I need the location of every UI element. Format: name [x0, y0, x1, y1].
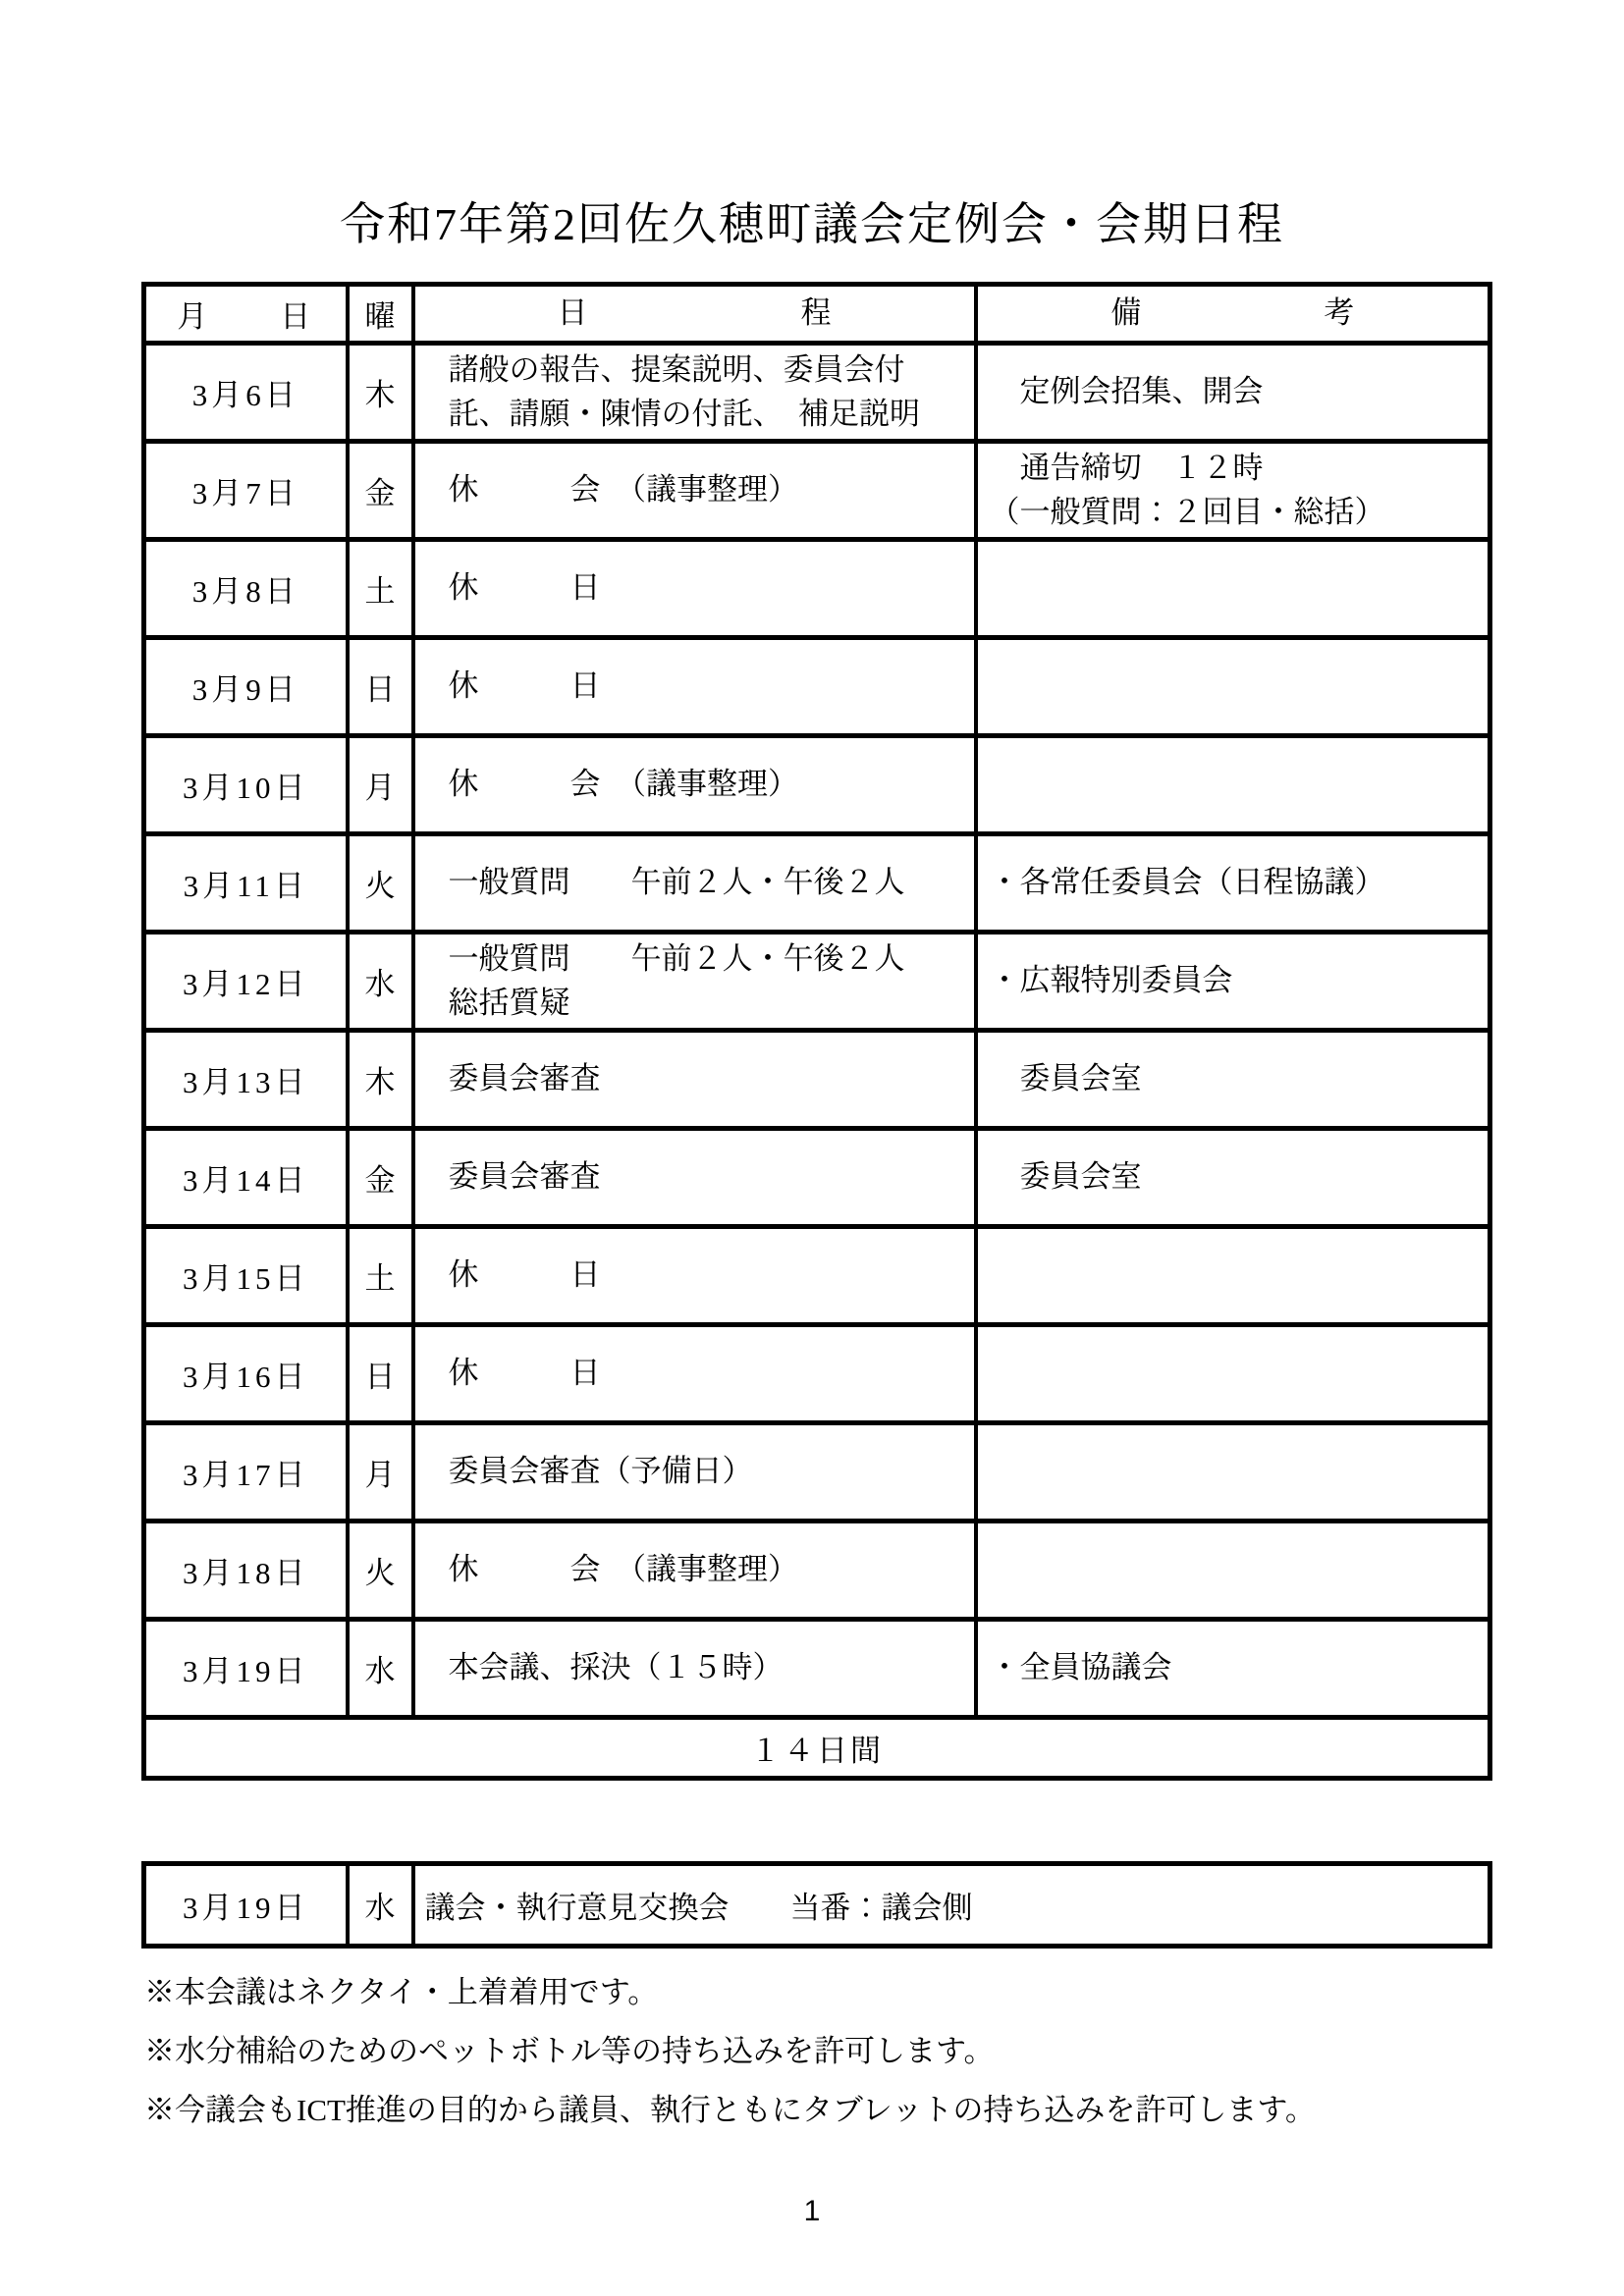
day-of-week-cell-line: 土	[350, 566, 411, 611]
date-cell: 3月17日	[144, 1423, 348, 1522]
remarks-cell: 委員会室	[976, 1129, 1490, 1227]
agenda-cell-line: 委員会審査	[449, 1057, 974, 1101]
date-cell-line: 3月18日	[146, 1548, 346, 1592]
date-cell-line: 3月12日	[146, 959, 346, 1003]
date-cell-line: 3月19日	[146, 1646, 346, 1690]
agenda-cell-line: 休 会 （議事整理）	[449, 468, 974, 512]
schedule-row: 3月12日水一般質問 午前２人・午後２人総括質疑・広報特別委員会	[144, 933, 1490, 1031]
remarks-cell-line: 通告締切 １２時	[990, 447, 1489, 491]
remarks-cell-line: ・全員協議会	[990, 1646, 1489, 1690]
remarks-cell: 定例会招集、開会	[976, 344, 1490, 442]
remarks-cell-line: 委員会室	[990, 1057, 1489, 1101]
schedule-row: 3月8日土休 日	[144, 540, 1490, 638]
date-cell: 3月11日	[144, 834, 348, 933]
date-cell-line: 3月16日	[146, 1352, 346, 1396]
agenda-cell-line: 休 日	[449, 1254, 974, 1298]
agenda-cell-line: 委員会審査	[449, 1155, 974, 1200]
day-of-week-cell: 月	[348, 1423, 413, 1522]
agenda-cell-line: 休 日	[449, 566, 974, 611]
remarks-cell	[976, 1227, 1490, 1325]
remarks-cell-line: ・各常任委員会（日程協議）	[990, 861, 1489, 905]
exchange-content-cell: 議会・執行意見交換会 当番：議会側	[413, 1864, 1490, 1947]
agenda-cell: 委員会審査	[413, 1031, 976, 1129]
header-day-column: 曜	[348, 285, 413, 344]
date-cell: 3月14日	[144, 1129, 348, 1227]
agenda-cell-line: 休 会 （議事整理）	[449, 763, 974, 807]
remarks-cell	[976, 736, 1490, 834]
remarks-cell: ・広報特別委員会	[976, 933, 1490, 1031]
agenda-cell: 休 日	[413, 540, 976, 638]
agenda-cell-line: 本会議、採決（１５時）	[449, 1646, 974, 1690]
agenda-cell: 本会議、採決（１５時）	[413, 1620, 976, 1718]
schedule-row: 3月18日火休 会 （議事整理）	[144, 1522, 1490, 1620]
date-cell: 3月6日	[144, 344, 348, 442]
day-of-week-cell-line: 水	[350, 1646, 411, 1690]
day-of-week-cell: 火	[348, 834, 413, 933]
date-cell: 3月16日	[144, 1325, 348, 1423]
date-cell-line: 3月8日	[146, 566, 346, 611]
date-cell: 3月12日	[144, 933, 348, 1031]
schedule-row: 3月19日水本会議、採決（１５時）・全員協議会	[144, 1620, 1490, 1718]
day-of-week-cell-line: 金	[350, 1155, 411, 1200]
header-remarks-column: 備 考	[976, 285, 1490, 344]
exchange-meeting-row: 3月19日 水 議会・執行意見交換会 当番：議会側	[144, 1864, 1490, 1947]
agenda-cell: 委員会審査	[413, 1129, 976, 1227]
day-of-week-cell-line: 水	[350, 959, 411, 1003]
date-cell: 3月7日	[144, 442, 348, 540]
remarks-cell-line: 委員会室	[990, 1155, 1489, 1200]
schedule-row: 3月6日木諸般の報告、提案説明、委員会付託、請願・陳情の付託、 補足説明 定例会…	[144, 344, 1490, 442]
remarks-cell-line: ・広報特別委員会	[990, 959, 1489, 1003]
agenda-cell-line: 休 会 （議事整理）	[449, 1548, 974, 1592]
remarks-cell	[976, 1423, 1490, 1522]
date-cell-line: 3月11日	[146, 861, 346, 905]
footnotes: ※本会議はネクタイ・上着着用です。※水分補給のためのペットボトル等の持ち込みを許…	[144, 1963, 1316, 2140]
remarks-cell	[976, 1522, 1490, 1620]
day-of-week-cell: 木	[348, 344, 413, 442]
date-cell-line: 3月17日	[146, 1450, 346, 1494]
session-schedule-table: 月 日 曜 日 程 備 考 3月6日木諸般の報告、提案説明、委員会付託、請願・陳…	[141, 282, 1492, 1781]
total-days-cell-line: １４日間	[146, 1726, 1488, 1770]
date-cell: 3月15日	[144, 1227, 348, 1325]
agenda-cell-line: 休 日	[449, 665, 974, 709]
day-of-week-cell: 金	[348, 1129, 413, 1227]
date-cell: 3月19日	[144, 1620, 348, 1718]
agenda-cell: 休 会 （議事整理）	[413, 442, 976, 540]
date-cell-line: 3月14日	[146, 1155, 346, 1200]
agenda-cell-line: 諸般の報告、提案説明、委員会付	[449, 348, 974, 393]
day-of-week-cell: 金	[348, 442, 413, 540]
remarks-cell: 委員会室	[976, 1031, 1490, 1129]
footnote: ※本会議はネクタイ・上着着用です。	[144, 1963, 1316, 2022]
day-of-week-cell: 木	[348, 1031, 413, 1129]
footnote: ※今議会もICT推進の目的から議員、執行ともにタブレットの持ち込みを許可します。	[144, 2081, 1316, 2140]
agenda-cell: 休 日	[413, 638, 976, 736]
remarks-cell-line: 定例会招集、開会	[990, 370, 1489, 414]
page-number: 1	[0, 2195, 1624, 2228]
schedule-row: 3月16日日休 日	[144, 1325, 1490, 1423]
day-of-week-cell-line: 日	[350, 665, 411, 709]
header-date-column: 月 日	[144, 285, 348, 344]
agenda-cell: 休 日	[413, 1325, 976, 1423]
agenda-cell-line: 一般質問 午前２人・午後２人	[449, 937, 974, 982]
date-cell-line: 3月6日	[146, 370, 346, 414]
date-cell-line: 3月7日	[146, 468, 346, 512]
schedule-row: 3月15日土休 日	[144, 1227, 1490, 1325]
day-of-week-cell: 月	[348, 736, 413, 834]
schedule-row: 3月10日月休 会 （議事整理）	[144, 736, 1490, 834]
footnote: ※水分補給のためのペットボトル等の持ち込みを許可します。	[144, 2022, 1316, 2081]
date-cell: 3月13日	[144, 1031, 348, 1129]
date-cell-line: 3月15日	[146, 1254, 346, 1298]
date-cell-line: 3月9日	[146, 665, 346, 709]
remarks-cell: 通告締切 １２時（一般質問：２回目・総括）	[976, 442, 1490, 540]
schedule-row: 3月17日月委員会審査（予備日）	[144, 1423, 1490, 1522]
agenda-cell: 一般質問 午前２人・午後２人	[413, 834, 976, 933]
day-of-week-cell: 土	[348, 1227, 413, 1325]
day-of-week-cell-line: 木	[350, 1057, 411, 1101]
day-of-week-cell-line: 火	[350, 1548, 411, 1592]
remarks-cell	[976, 540, 1490, 638]
date-cell: 3月9日	[144, 638, 348, 736]
agenda-cell: 委員会審査（予備日）	[413, 1423, 976, 1522]
day-of-week-cell: 土	[348, 540, 413, 638]
total-days-row: １４日間	[144, 1718, 1490, 1779]
day-of-week-cell: 水	[348, 933, 413, 1031]
date-cell-line: 3月10日	[146, 763, 346, 807]
agenda-cell: 一般質問 午前２人・午後２人総括質疑	[413, 933, 976, 1031]
date-cell-line: 3月13日	[146, 1057, 346, 1101]
date-cell: 3月8日	[144, 540, 348, 638]
exchange-day-cell: 水	[348, 1864, 413, 1947]
page-title: 令和7年第2回佐久穂町議会定例会・会期日程	[0, 188, 1624, 253]
schedule-row: 3月11日火一般質問 午前２人・午後２人・各常任委員会（日程協議）	[144, 834, 1490, 933]
day-of-week-cell: 火	[348, 1522, 413, 1620]
schedule-row: 3月14日金委員会審査 委員会室	[144, 1129, 1490, 1227]
schedule-header-row: 月 日 曜 日 程 備 考	[144, 285, 1490, 344]
date-cell: 3月10日	[144, 736, 348, 834]
total-days-cell: １４日間	[144, 1718, 1490, 1779]
day-of-week-cell-line: 土	[350, 1254, 411, 1298]
agenda-cell-line: 一般質問 午前２人・午後２人	[449, 861, 974, 905]
remarks-cell: ・各常任委員会（日程協議）	[976, 834, 1490, 933]
day-of-week-cell-line: 月	[350, 763, 411, 807]
schedule-row: 3月7日金休 会 （議事整理） 通告締切 １２時（一般質問：２回目・総括）	[144, 442, 1490, 540]
agenda-cell-line: 休 日	[449, 1352, 974, 1396]
date-cell: 3月18日	[144, 1522, 348, 1620]
remarks-cell-line: （一般質問：２回目・総括）	[990, 491, 1489, 535]
exchange-date-cell: 3月19日	[144, 1864, 348, 1947]
agenda-cell-line: 委員会審査（予備日）	[449, 1450, 974, 1494]
day-of-week-cell-line: 金	[350, 468, 411, 512]
agenda-cell-line: 総括質疑	[449, 982, 974, 1026]
remarks-cell	[976, 638, 1490, 736]
day-of-week-cell: 日	[348, 1325, 413, 1423]
day-of-week-cell: 日	[348, 638, 413, 736]
day-of-week-cell-line: 日	[350, 1352, 411, 1396]
agenda-cell: 休 会 （議事整理）	[413, 736, 976, 834]
header-agenda-column: 日 程	[413, 285, 976, 344]
day-of-week-cell-line: 火	[350, 861, 411, 905]
agenda-cell: 休 会 （議事整理）	[413, 1522, 976, 1620]
schedule-row: 3月9日日休 日	[144, 638, 1490, 736]
day-of-week-cell-line: 月	[350, 1450, 411, 1494]
remarks-cell	[976, 1325, 1490, 1423]
agenda-cell: 諸般の報告、提案説明、委員会付託、請願・陳情の付託、 補足説明	[413, 344, 976, 442]
day-of-week-cell-line: 木	[350, 370, 411, 414]
agenda-cell-line: 託、請願・陳情の付託、 補足説明	[449, 393, 974, 437]
remarks-cell: ・全員協議会	[976, 1620, 1490, 1718]
exchange-meeting-table: 3月19日 水 議会・執行意見交換会 当番：議会側	[141, 1861, 1492, 1949]
schedule-row: 3月13日木委員会審査 委員会室	[144, 1031, 1490, 1129]
day-of-week-cell: 水	[348, 1620, 413, 1718]
agenda-cell: 休 日	[413, 1227, 976, 1325]
